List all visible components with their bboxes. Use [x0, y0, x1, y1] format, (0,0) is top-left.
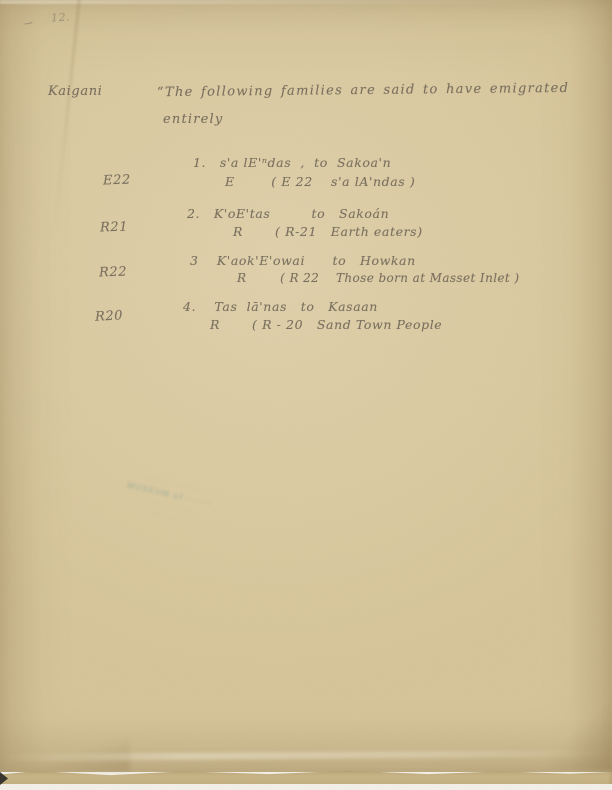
manuscript-page: ⇀ 12. Kaigani “The following families ar… — [0, 0, 612, 772]
margin-heading: Kaigani — [48, 84, 102, 99]
scanner-background — [0, 784, 612, 790]
entry-3-line-1: 3 K'aok'E'owai to Howkan — [190, 253, 416, 268]
margin-code-e22: E22 — [103, 173, 131, 189]
entry-4-line-2: R ( R - 20 Sand Town People — [210, 317, 442, 332]
entry-1-line-1: 1. s'a lE'ⁿdas , to Sakoa'n — [193, 155, 391, 170]
faded-library-stamp: ·· ········· ·· MUSEUM of ······· ····· … — [96, 464, 240, 547]
margin-code-r20: R20 — [95, 308, 124, 324]
paper-crease-bottom-right — [530, 690, 612, 770]
margin-code-r22: R22 — [99, 265, 128, 281]
intro-line-1: “The following families are said to have… — [157, 81, 569, 100]
pencil-corner-mark: ⇀ — [23, 16, 35, 30]
entry-2-line-2: R ( R-21 Earth eaters) — [233, 224, 423, 239]
paper-crease — [54, 0, 82, 229]
entry-1-line-2: E ( E 22 s'a lA'ndas ) — [225, 174, 415, 189]
entry-3-line-2: R ( R 22 Those born at Masset Inlet ) — [237, 271, 519, 285]
paper-top-sheen — [0, 0, 612, 4]
entry-2-line-1: 2. K'oE'tas to Sakoán — [187, 206, 389, 221]
pencil-page-number: 12. — [51, 10, 71, 24]
intro-line-2: entirely — [163, 112, 223, 127]
entry-4-line-1: 4. Tas lā'nas to Kasaan — [183, 299, 378, 314]
margin-code-r21: R21 — [100, 220, 129, 236]
